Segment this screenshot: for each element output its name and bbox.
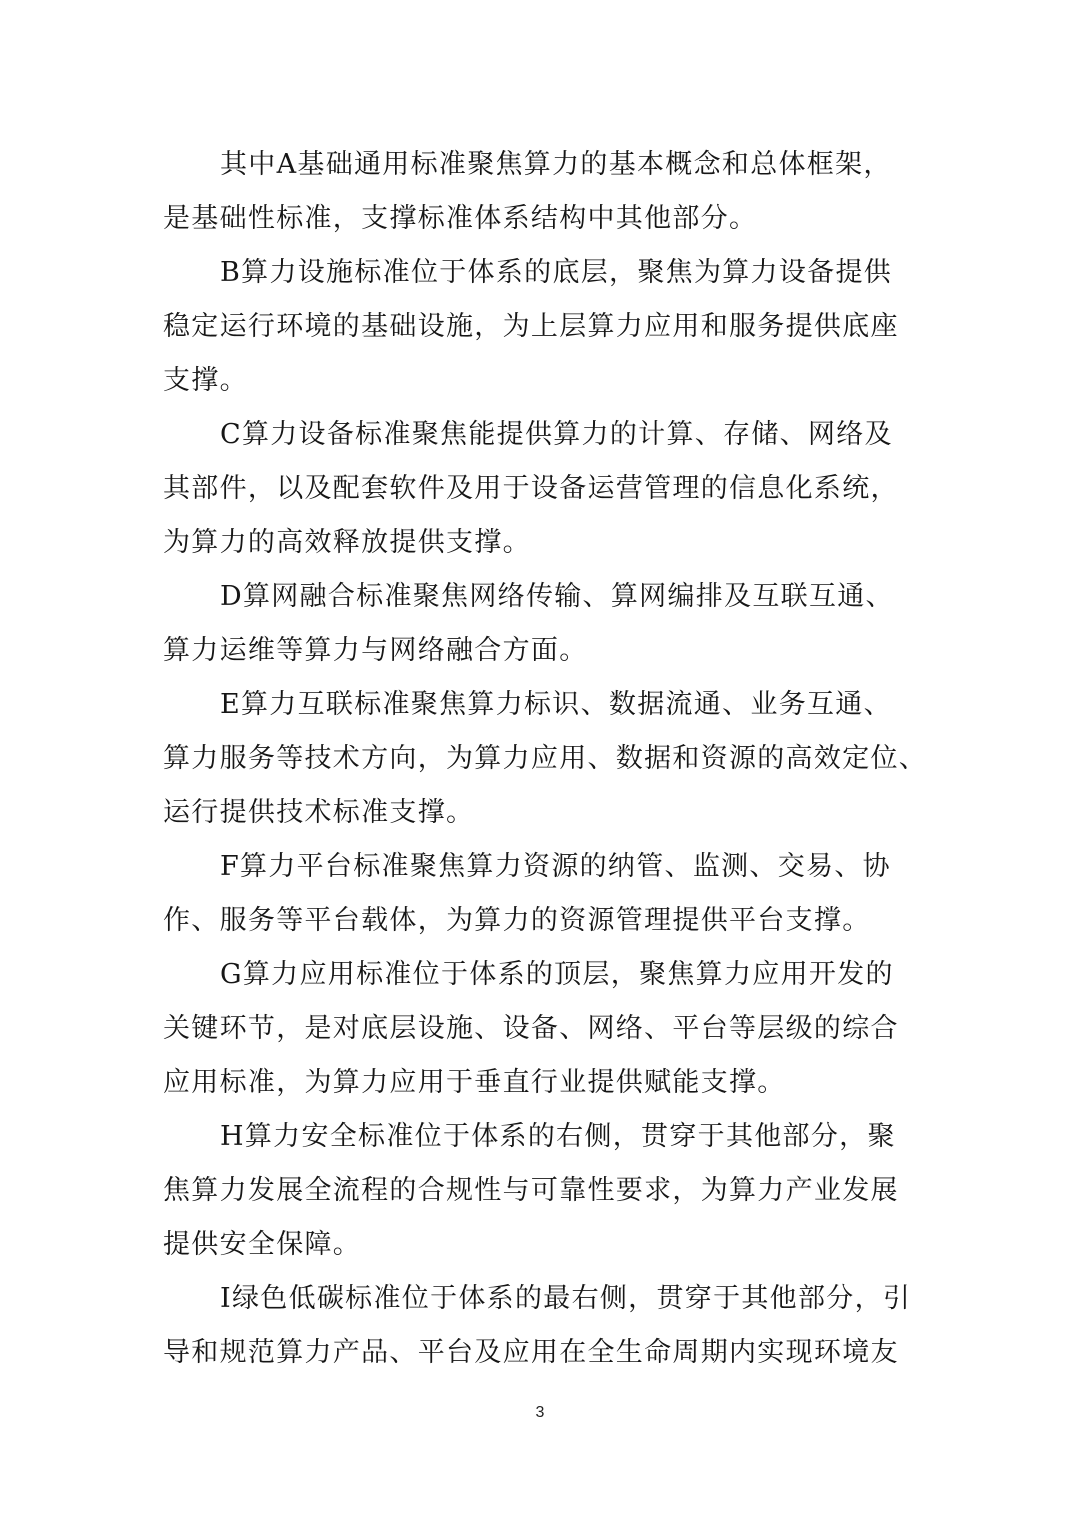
paragraph-line: 应用标准，为算力应用于垂直行业提供赋能支撑。 <box>163 1056 943 1110</box>
paragraph-line: 导和规范算力产品、平台及应用在全生命周期内实现环境友 <box>163 1326 943 1380</box>
paragraph-line: 是基础性标准，支撑标准体系结构中其他部分。 <box>163 192 943 246</box>
paragraph-line: 其中A基础通用标准聚焦算力的基本概念和总体框架， <box>163 138 943 192</box>
paragraph-line: 其部件，以及配套软件及用于设备运营管理的信息化系统， <box>163 462 943 516</box>
document-page: 其中A基础通用标准聚焦算力的基本概念和总体框架， 是基础性标准，支撑标准体系结构… <box>0 0 1080 1528</box>
paragraph-line: D算网融合标准聚焦网络传输、算网编排及互联互通、 <box>163 570 943 624</box>
body-text: 其中A基础通用标准聚焦算力的基本概念和总体框架， 是基础性标准，支撑标准体系结构… <box>163 138 943 1380</box>
paragraph-line: E算力互联标准聚焦算力标识、数据流通、业务互通、 <box>163 678 943 732</box>
paragraph-line: G算力应用标准位于体系的顶层，聚焦算力应用开发的 <box>163 948 943 1002</box>
paragraph-h: H算力安全标准位于体系的右侧，贯穿于其他部分，聚 焦算力发展全流程的合规性与可靠… <box>163 1110 943 1272</box>
paragraph-c: C算力设备标准聚焦能提供算力的计算、存储、网络及 其部件，以及配套软件及用于设备… <box>163 408 943 570</box>
paragraph-line: 稳定运行环境的基础设施，为上层算力应用和服务提供底座 <box>163 300 943 354</box>
paragraph-g: G算力应用标准位于体系的顶层，聚焦算力应用开发的 关键环节，是对底层设施、设备、… <box>163 948 943 1110</box>
paragraph-line: 焦算力发展全流程的合规性与可靠性要求，为算力产业发展 <box>163 1164 943 1218</box>
paragraph-line: 支撑。 <box>163 354 943 408</box>
paragraph-line: 算力运维等算力与网络融合方面。 <box>163 624 943 678</box>
paragraph-line: 关键环节，是对底层设施、设备、网络、平台等层级的综合 <box>163 1002 943 1056</box>
paragraph-e: E算力互联标准聚焦算力标识、数据流通、业务互通、 算力服务等技术方向，为算力应用… <box>163 678 943 840</box>
paragraph-f: F算力平台标准聚焦算力资源的纳管、监测、交易、协 作、服务等平台载体，为算力的资… <box>163 840 943 948</box>
paragraph-i: I绿色低碳标准位于体系的最右侧，贯穿于其他部分，引 导和规范算力产品、平台及应用… <box>163 1272 943 1380</box>
paragraph-line: 作、服务等平台载体，为算力的资源管理提供平台支撑。 <box>163 894 943 948</box>
paragraph-b: B算力设施标准位于体系的底层，聚焦为算力设备提供 稳定运行环境的基础设施，为上层… <box>163 246 943 408</box>
page-number: 3 <box>0 1404 1080 1422</box>
paragraph-line: F算力平台标准聚焦算力资源的纳管、监测、交易、协 <box>163 840 943 894</box>
paragraph-line: 运行提供技术标准支撑。 <box>163 786 943 840</box>
paragraph-line: H算力安全标准位于体系的右侧，贯穿于其他部分，聚 <box>163 1110 943 1164</box>
paragraph-d: D算网融合标准聚焦网络传输、算网编排及互联互通、 算力运维等算力与网络融合方面。 <box>163 570 943 678</box>
paragraph-line: B算力设施标准位于体系的底层，聚焦为算力设备提供 <box>163 246 943 300</box>
paragraph-line: 为算力的高效释放提供支撑。 <box>163 516 943 570</box>
paragraph-line: C算力设备标准聚焦能提供算力的计算、存储、网络及 <box>163 408 943 462</box>
paragraph-line: 算力服务等技术方向，为算力应用、数据和资源的高效定位、 <box>163 732 943 786</box>
paragraph-a: 其中A基础通用标准聚焦算力的基本概念和总体框架， 是基础性标准，支撑标准体系结构… <box>163 138 943 246</box>
paragraph-line: I绿色低碳标准位于体系的最右侧，贯穿于其他部分，引 <box>163 1272 943 1326</box>
paragraph-line: 提供安全保障。 <box>163 1218 943 1272</box>
